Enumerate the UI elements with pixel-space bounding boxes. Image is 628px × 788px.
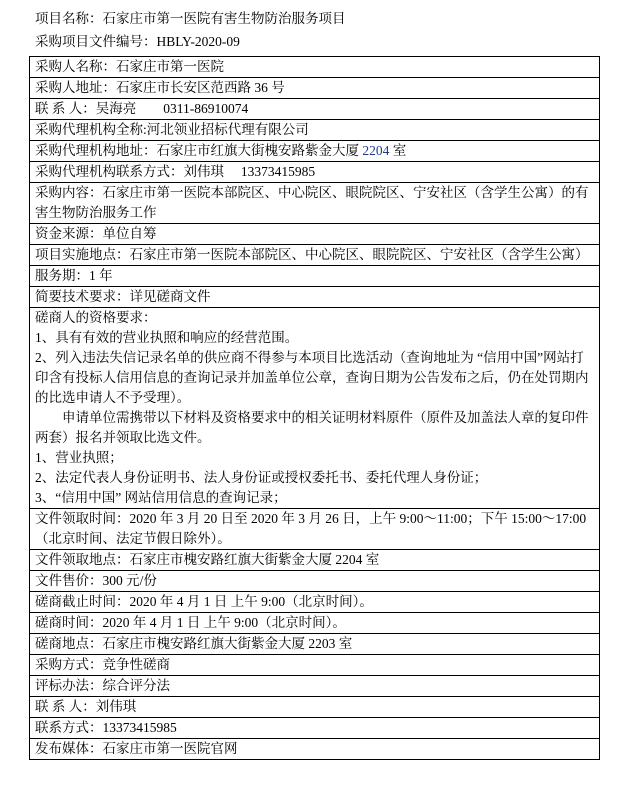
row-purchaser-name: 采购人名称：石家庄市第一医院 <box>30 57 599 77</box>
qualification-item-2: 2、列入违法失信记录名单的供应商不得参与本项目比选活动（查询地址为 “信用中国”… <box>35 348 594 408</box>
project-name-line: 项目名称：石家庄市第一医院有害生物防治服务项目 <box>35 7 628 30</box>
row-service-period: 服务期：1 年 <box>30 265 599 286</box>
row-purchaser-address: 采购人地址：石家庄市长安区范西路 36 号 <box>30 77 599 98</box>
qualification-title: 磋商人的资格要求： <box>35 308 594 328</box>
agency-address-suffix: 室 <box>389 143 406 158</box>
row-publish-media: 发布媒体：石家庄市第一医院官网 <box>30 738 599 759</box>
agency-address-text: 采购代理机构地址：石家庄市红旗大街槐安路紫金大厦 <box>35 143 362 158</box>
document-header: 项目名称：石家庄市第一医院有害生物防治服务项目 采购项目文件编号：HBLY-20… <box>29 7 628 53</box>
material-item-1: 1、营业执照； <box>35 448 594 468</box>
material-item-2: 2、法定代表人身份证明书、法人身份证或授权委托书、委托代理人身份证； <box>35 468 594 488</box>
row-technical-requirements: 简要技术要求：详见磋商文件 <box>30 286 599 307</box>
row-funding-source: 资金来源：单位自筹 <box>30 223 599 244</box>
row-contact-person-phone: 联 系 人：吴海亮 0311-86910074 <box>30 98 599 119</box>
row-agency-name: 采购代理机构全称:河北领业招标代理有限公司 <box>30 119 599 140</box>
row-contact-phone: 联系方式：13373415985 <box>30 717 599 738</box>
row-procurement-method: 采购方式：竞争性磋商 <box>30 654 599 675</box>
document-page: 项目名称：石家庄市第一医院有害生物防治服务项目 采购项目文件编号：HBLY-20… <box>0 0 628 760</box>
row-document-collection-place: 文件领取地点：石家庄市槐安路红旗大街紫金大厦 2204 室 <box>30 549 599 570</box>
row-negotiation-time: 磋商时间：2020 年 4 月 1 日 上午 9:00（北京时间）。 <box>30 612 599 633</box>
document-number-line: 采购项目文件编号：HBLY-2020-09 <box>35 30 628 53</box>
row-document-collection-time: 文件领取时间：2020 年 3 月 20 日至 2020 年 3 月 26 日，… <box>30 508 599 549</box>
qualification-materials-note: 申请单位需携带以下材料及资格要求中的相关证明材料原件（原件及加盖法人章的复印件两… <box>35 408 594 448</box>
row-contact-person: 联 系 人：刘伟琪 <box>30 696 599 717</box>
row-agency-contact: 采购代理机构联系方式：刘伟琪 13373415985 <box>30 161 599 182</box>
notice-table: 采购人名称：石家庄市第一医院 采购人地址：石家庄市长安区范西路 36 号 联 系… <box>29 56 600 760</box>
row-agency-address: 采购代理机构地址：石家庄市红旗大街槐安路紫金大厦 2204 室 <box>30 140 599 161</box>
material-item-3: 3、“信用中国” 网站信用信息的查询记录； <box>35 488 594 508</box>
row-implementation-location: 项目实施地点：石家庄市第一医院本部院区、中心院区、眼院院区、宁安社区（含学生公寓… <box>30 244 599 265</box>
agency-room-number: 2204 <box>362 143 389 158</box>
row-negotiation-deadline: 磋商截止时间：2020 年 4 月 1 日 上午 9:00（北京时间）。 <box>30 591 599 612</box>
row-document-price: 文件售价：300 元/份 <box>30 570 599 591</box>
row-qualification-requirements: 磋商人的资格要求： 1、具有有效的营业执照和响应的经营范围。 2、列入违法失信记… <box>30 307 599 508</box>
row-negotiation-place: 磋商地点：石家庄市槐安路红旗大街紫金大厦 2203 室 <box>30 633 599 654</box>
row-procurement-content: 采购内容：石家庄市第一医院本部院区、中心院区、眼院院区、宁安社区（含学生公寓）的… <box>30 182 599 223</box>
row-evaluation-method: 评标办法：综合评分法 <box>30 675 599 696</box>
qualification-item-1: 1、具有有效的营业执照和响应的经营范围。 <box>35 328 594 348</box>
